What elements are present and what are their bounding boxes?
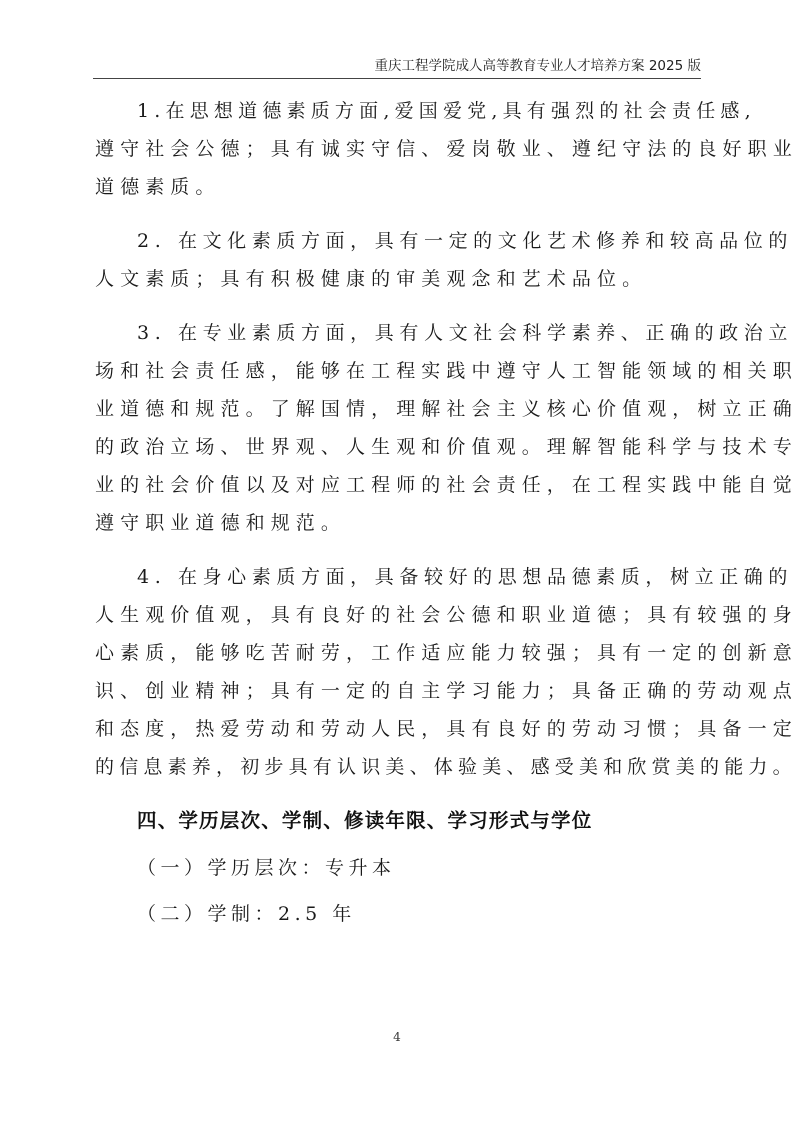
section-heading: 四、学历层次、学制、修读年限、学习形式与学位 [137, 806, 592, 836]
paragraph-4-line-6: 的信息素养，初步具有认识美、体验美、感受美和欣赏美的能力。 [95, 752, 794, 782]
section-item-duration: （二）学制：2.5 年 [137, 899, 356, 929]
paragraph-4-line-5: 和态度，热爱劳动和劳动人民，具有良好的劳动习惯；具备一定 [95, 714, 794, 744]
header-title: 重庆工程学院成人高等教育专业人才培养方案 2025 版 [375, 54, 701, 74]
paragraph-4-line-1: 4. 在身心素质方面，具备较好的思想品德素质，树立正确的 [137, 562, 793, 592]
paragraph-4-line-3: 心素质，能够吃苦耐劳，工作适应能力较强；具有一定的创新意 [95, 638, 794, 668]
paragraph-4-line-4: 识、创业精神；具有一定的自主学习能力；具备正确的劳动观点 [95, 676, 794, 706]
paragraph-1-line-1: 1.在思想道德素质方面,爱国爱党,具有强烈的社会责任感, [137, 96, 756, 126]
page-header: 重庆工程学院成人高等教育专业人才培养方案 2025 版 [93, 50, 701, 79]
page-number: 4 [0, 1030, 794, 1044]
paragraph-3-line-3: 业道德和规范。了解国情，理解社会主义核心价值观，树立正确 [95, 394, 794, 424]
paragraph-3-line-2: 场和社会责任感，能够在工程实践中遵守人工智能领域的相关职 [95, 356, 794, 386]
paragraph-3-line-1: 3. 在专业素质方面，具有人文社会科学素养、正确的政治立 [137, 318, 793, 348]
paragraph-3-line-4: 的政治立场、世界观、人生观和价值观。理解智能科学与技术专 [95, 432, 794, 462]
paragraph-3-line-5: 业的社会价值以及对应工程师的社会责任，在工程实践中能自觉 [95, 470, 794, 500]
paragraph-1-line-2: 遵守社会公德；具有诚实守信、爱岗敬业、遵纪守法的良好职业 [95, 134, 794, 164]
paragraph-1-line-3: 道德素质。 [95, 172, 221, 202]
paragraph-2-line-1: 2. 在文化素质方面，具有一定的文化艺术修养和较高品位的 [137, 226, 793, 256]
paragraph-4-line-2: 人生观价值观，具有良好的社会公德和职业道德；具有较强的身 [95, 600, 794, 630]
paragraph-2-line-2: 人文素质；具有积极健康的审美观念和艺术品位。 [95, 264, 647, 294]
section-item-education-level: （一）学历层次：专升本 [137, 853, 396, 883]
paragraph-3-line-6: 遵守职业道德和规范。 [95, 508, 346, 538]
